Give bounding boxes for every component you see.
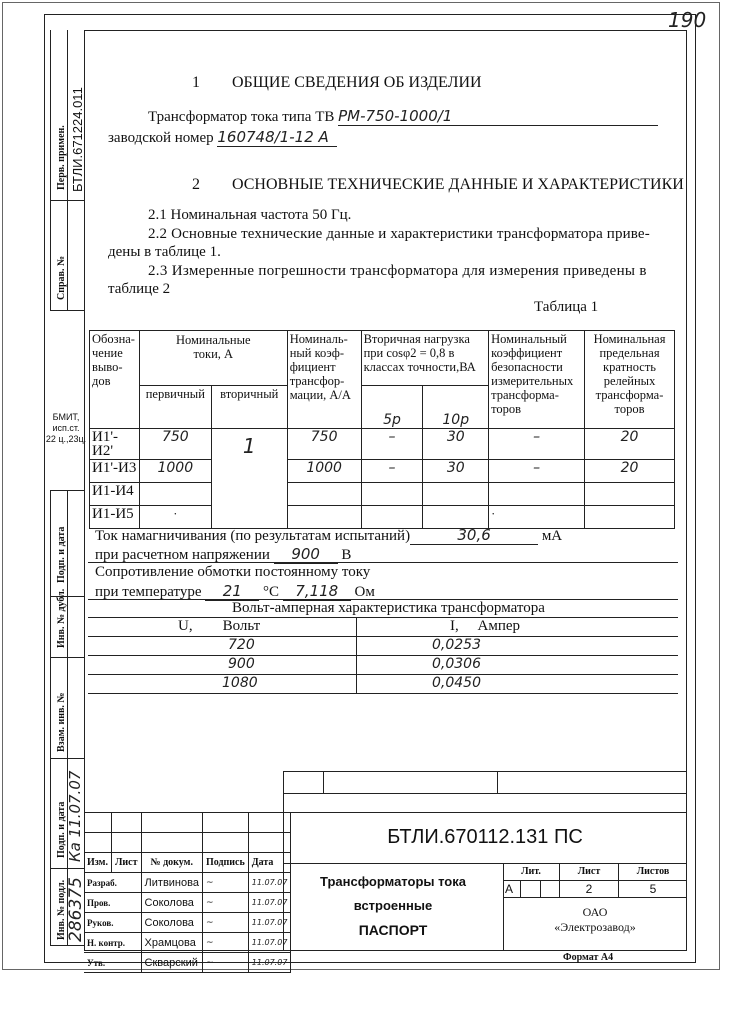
rule	[88, 674, 678, 675]
product-name-line: Трансформаторы тока	[283, 870, 503, 894]
signatory-date: 11.07.07	[248, 933, 291, 953]
paragraph-2-3-line2: таблице 2	[108, 281, 170, 298]
inv-dubl-label: Инв. № дубл.	[56, 589, 67, 648]
va-i-value: 0,0253	[432, 637, 481, 653]
cell-limit	[585, 506, 675, 529]
header-10p: 10р	[423, 386, 489, 429]
bmit-line: 22 ц.,23ц.	[44, 434, 88, 445]
magnetizing-unit: мА	[542, 528, 562, 544]
company-line: ОАО	[503, 905, 687, 920]
rule	[283, 793, 687, 794]
voltage-unit: В	[341, 547, 351, 563]
cell-ratio	[287, 483, 361, 506]
header-izm: Изм.	[84, 853, 111, 873]
cell-secondary: 1	[211, 429, 287, 529]
va-u-value: 900	[228, 656, 255, 672]
type-line: Трансформатор тока типа ТВ РМ-750-1000/1	[148, 107, 658, 126]
lit-value: А	[503, 880, 521, 897]
cell-load-10p	[423, 483, 489, 506]
signatory-date: 11.07.07	[248, 893, 291, 913]
margin-line	[67, 30, 68, 310]
header-ratio: Номиналь-ный коэф-фициент трансфор-мации…	[287, 331, 361, 429]
signatory-name: Литвинова	[141, 873, 202, 893]
header-sign: Подпись	[202, 853, 248, 873]
header-nominal-currents: Номинальные токи, А	[139, 331, 287, 386]
sheet-info-table: Лит. Лист Листов А 2 5	[503, 863, 687, 898]
rule	[88, 562, 678, 563]
signatory-row: Руков. Соколова ~ 11.07.07	[84, 913, 291, 933]
paragraph-2-3-line1: 2.3 Измеренные погрешности трансформатор…	[148, 263, 647, 280]
cell-designation: И1'-И3	[90, 460, 140, 483]
temp-label: при температуре	[95, 584, 201, 600]
cell-limit: 20	[585, 460, 675, 483]
cell-load-5p: –	[361, 429, 423, 460]
signatory-name: Соколова	[141, 913, 202, 933]
cell-limit	[585, 483, 675, 506]
podp-data-value: Ка 11.07.07	[66, 771, 84, 862]
voltage-label: при расчетном напряжении	[95, 547, 270, 563]
rule	[88, 617, 678, 618]
signatory-name: Скварский	[141, 953, 202, 973]
signatory-row: Разраб. Литвинова ~ 11.07.07	[84, 873, 291, 893]
header-date: Дата	[248, 853, 291, 873]
section2-number: 2	[192, 176, 200, 193]
bmit-note: БМИТ, исп.ст. 22 ц.,23ц.	[44, 412, 88, 445]
va-u-value: 720	[228, 637, 255, 653]
paragraph-2-2-line2: дены в таблице 1.	[108, 244, 221, 261]
document-type: ПАСПОРТ	[283, 918, 503, 942]
margin-line	[50, 490, 51, 945]
table1-caption: Таблица 1	[534, 299, 598, 316]
va-i-value: 0,0306	[432, 656, 481, 672]
section2-title: ОСНОВНЫЕ ТЕХНИЧЕСКИЕ ДАННЫЕ И ХАРАКТЕРИС…	[232, 176, 684, 193]
company-line: «Электрозавод»	[503, 920, 687, 935]
rule	[283, 812, 687, 813]
resistance-label: Сопротивление обмотки постоянному току	[95, 564, 370, 581]
temp-unit: °С	[263, 584, 279, 600]
signatory-role: Утв.	[84, 953, 141, 973]
inner-top	[84, 30, 687, 31]
table-row: И1-И4	[90, 483, 675, 506]
frame-right	[695, 14, 696, 962]
cell-primary: 750	[139, 429, 211, 460]
cell-ratio: 750	[287, 429, 361, 460]
header-primary: первичный	[139, 386, 211, 429]
signatory-row: Утв. Скварский ~ 11.07.07	[84, 953, 291, 973]
sheet-label: Лист	[560, 863, 619, 880]
cell-safety	[489, 483, 585, 506]
company: ОАО «Электрозавод»	[503, 905, 687, 935]
margin-line	[50, 490, 84, 491]
serial-label: заводской номер	[108, 130, 214, 146]
margin-line	[50, 200, 84, 201]
margin-line	[50, 657, 84, 658]
frame-left-outer	[44, 14, 45, 962]
lit-label: Лит.	[503, 863, 560, 880]
va-i-value: 0,0450	[432, 675, 481, 691]
type-value: РМ-750-1000/1	[338, 107, 658, 126]
signatory-date: 11.07.07	[248, 913, 291, 933]
sheet-value: 2	[560, 880, 619, 897]
va-title: Вольт-амперная характеристика трансформа…	[232, 600, 545, 617]
perv-primen-value: БТЛИ.671224.011	[70, 87, 85, 192]
signatures-table: Изм. Лист № докум. Подпись Дата Разраб. …	[84, 812, 291, 973]
section2-heading: 2 ОСНОВНЫЕ ТЕХНИЧЕСКИЕ ДАННЫЕ И ХАРАКТЕР…	[192, 176, 684, 194]
cell-load-10p: 30	[423, 460, 489, 483]
product-name: Трансформаторы тока встроенные ПАСПОРТ	[283, 870, 503, 942]
header-5p: 5р	[361, 386, 423, 429]
margin-line	[50, 945, 84, 946]
bmit-line: исп.ст.	[44, 423, 88, 434]
header-list: Лист	[111, 853, 141, 873]
signatory-name: Храмцова	[141, 933, 202, 953]
header-load: Вторичная нагрузка при cosφ2 = 0,8 в кла…	[361, 331, 489, 386]
sprav-label: Справ. №	[56, 256, 67, 300]
signatory-role: Н. контр.	[84, 933, 141, 953]
doc-code: БТЛИ.670112.131 ПС	[283, 826, 687, 849]
table-row: И1'-И2' 750 1 750 – 30 – 20	[90, 429, 675, 460]
signatory-role: Руков.	[84, 913, 141, 933]
rule	[88, 693, 678, 694]
format-label: Формат А4	[563, 952, 613, 963]
header-secondary: вторичный	[211, 386, 287, 429]
margin-line	[50, 868, 84, 869]
type-label: Трансформатор тока типа ТВ	[148, 109, 334, 125]
margin-line	[50, 310, 84, 311]
rule	[497, 771, 498, 793]
serial-value: 160748/1-12 А	[217, 128, 337, 147]
header-safety: Номинальный коэффициент безопасности изм…	[489, 331, 585, 429]
table-row: И1'-И3 1000 1000 – 30 – 20	[90, 460, 675, 483]
bmit-line: БМИТ,	[44, 412, 88, 423]
vzam-inv-label: Взам. инв. №	[56, 693, 67, 752]
lit-empty	[521, 880, 540, 897]
rule	[283, 771, 687, 772]
sheets-value: 5	[619, 880, 688, 897]
header-doc: № докум.	[141, 853, 202, 873]
header-designation: Обозна-чение выво-дов	[90, 331, 140, 429]
cell-load-5p	[361, 483, 423, 506]
signatory-row: Н. контр. Храмцова ~ 11.07.07	[84, 933, 291, 953]
product-name-line: встроенные	[283, 894, 503, 918]
section1-number: 1	[192, 74, 200, 91]
magnetizing-label: Ток намагничивания (по результатам испыт…	[95, 528, 410, 544]
magnetizing-value: 30,6	[410, 526, 538, 545]
frame-top	[44, 14, 696, 15]
va-i-header: I, Ампер	[450, 618, 520, 635]
section1-heading: 1 ОБЩИЕ СВЕДЕНИЯ ОБ ИЗДЕЛИИ	[192, 74, 482, 92]
signatory-role: Разраб.	[84, 873, 141, 893]
signatory-date: 11.07.07	[248, 953, 291, 973]
lit-empty	[540, 880, 559, 897]
magnetizing-line: Ток намагничивания (по результатам испыт…	[95, 526, 562, 545]
paragraph-2-2-line1: 2.2 Основные технические данные и характ…	[148, 226, 668, 243]
signatory-role: Пров.	[84, 893, 141, 913]
cell-primary: 1000	[139, 460, 211, 483]
cell-limit: 20	[585, 429, 675, 460]
rule	[323, 771, 324, 793]
podp-data-label-top: Подп. и дата	[56, 527, 67, 583]
rule	[88, 636, 678, 637]
rule	[356, 617, 357, 693]
margin-line	[50, 758, 84, 759]
paragraph-2-1: 2.1 Номинальная частота 50 Гц.	[148, 207, 351, 224]
perv-primen-label: Перв. примен.	[56, 125, 67, 190]
cell-safety: –	[489, 429, 585, 460]
signatory-date: 11.07.07	[248, 873, 291, 893]
header-limit: Номинальная предельная кратность релейны…	[585, 331, 675, 429]
table1: Обозна-чение выво-дов Номинальные токи, …	[89, 330, 675, 529]
va-u-value: 1080	[222, 675, 258, 691]
page-number: 190	[668, 8, 706, 32]
rule	[88, 655, 678, 656]
cell-ratio: 1000	[287, 460, 361, 483]
sheets-label: Листов	[619, 863, 688, 880]
cell-load-10p: 30	[423, 429, 489, 460]
margin-line	[50, 30, 51, 310]
va-u-header: U, Вольт	[178, 618, 260, 635]
serial-line: заводской номер 160748/1-12 А	[108, 128, 337, 147]
signatory-name: Соколова	[141, 893, 202, 913]
cell-safety: –	[489, 460, 585, 483]
inv-podl-value: 286375	[66, 877, 86, 942]
cell-load-5p: –	[361, 460, 423, 483]
cell-primary	[139, 483, 211, 506]
section1-title: ОБЩИЕ СВЕДЕНИЯ ОБ ИЗДЕЛИИ	[232, 74, 482, 91]
resistance-unit: Ом	[355, 584, 375, 600]
cell-designation: И1-И4	[90, 483, 140, 506]
cell-designation: И1'-И2'	[90, 429, 140, 460]
signatory-row: Пров. Соколова ~ 11.07.07	[84, 893, 291, 913]
